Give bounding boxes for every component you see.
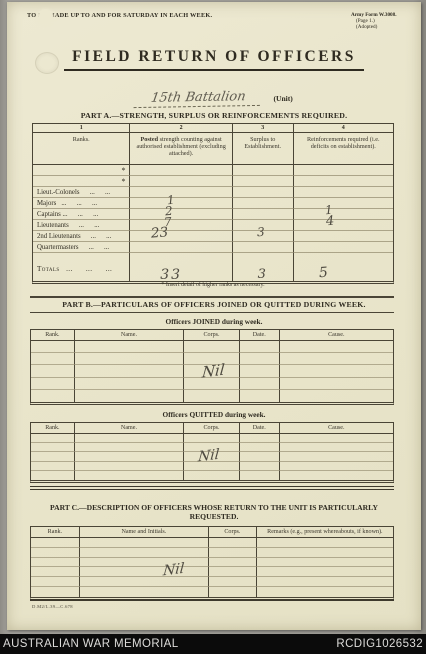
surplus-cell: 3 [233, 220, 294, 231]
handwritten-value: 33 [160, 270, 182, 280]
handwritten-nil: Nil [202, 366, 225, 377]
surplus-header: Surplus to Establishment. [233, 133, 294, 165]
table-row [31, 538, 393, 548]
table-row: Lieutenants ... ... 23 3 [33, 220, 393, 231]
officers-quitted-table: Rank. Name. Corps. Date. Cause. Nil [30, 422, 394, 483]
rank-label: Majors ... ... ... [33, 198, 130, 209]
higher-rank-blank-row: * [33, 165, 393, 176]
posted-cell: 7 [130, 209, 232, 220]
form-title: FIELD RETURN OF OFFICERS [7, 48, 421, 71]
part-b-heading: PART B.—PARTICULARS OF OFFICERS JOINED O… [7, 300, 421, 309]
part-c-table: Rank. Name and Initials. Corps. Remarks … [30, 526, 394, 600]
table-row: Quartermasters ... ... [33, 242, 393, 253]
table-row [31, 462, 393, 471]
section-rule [30, 296, 394, 298]
totals-row: Totals ... ... ... 33 3 5 [33, 261, 393, 281]
part-a-table: 1 2 3 4 Ranks. Posted strength counting … [32, 123, 394, 284]
reinforcements-header: Reinforcements required (i.e. deficits o… [294, 133, 393, 165]
archive-name: AUSTRALIAN WAR MEMORIAL [3, 638, 179, 650]
ranks-header: Ranks. [33, 133, 130, 165]
posted-cell: 2 [130, 198, 232, 209]
part-a-footnote: * Insert detail of higher ranks as neces… [32, 282, 394, 288]
table-row: Nil [31, 452, 393, 461]
table-row [31, 548, 393, 558]
officers-quitted-subheading: Officers QUITTED during week. [7, 410, 421, 419]
surplus-cell [233, 209, 294, 220]
table-row [31, 434, 393, 443]
officers-joined-subheading: Officers JOINED during week. [7, 317, 421, 326]
spacer-row [33, 253, 393, 261]
top-instruction: TO BE MADE UP TO AND FOR SATURDAY IN EAC… [27, 12, 212, 19]
totals-reinforcements-cell: 5 [294, 261, 393, 281]
table-row [31, 471, 393, 480]
scan-viewport: TO BE MADE UP TO AND FOR SATURDAY IN EAC… [0, 0, 426, 654]
reinforcements-cell [294, 187, 393, 198]
surplus-cell [233, 198, 294, 209]
rank-label: Captains ... ... ... [33, 209, 130, 220]
totals-surplus-cell: 3 [233, 261, 294, 281]
table-row [31, 378, 393, 390]
section-rule [30, 486, 394, 490]
surplus-cell [233, 187, 294, 198]
table-row [31, 390, 393, 402]
table-row [31, 558, 393, 568]
totals-posted-cell: 33 [130, 261, 232, 281]
unit-line: 15th Battalion (Unit) [7, 88, 421, 107]
part-c-heading: PART C.—DESCRIPTION OF OFFICERS WHOSE RE… [7, 503, 421, 521]
table-row: Majors ... ... ... 2 1 [33, 198, 393, 209]
archive-id: RCDIG1026532 [336, 638, 423, 650]
table-row [31, 587, 393, 597]
handwritten-nil: Nil [162, 565, 184, 576]
table-row: Nil [31, 567, 393, 577]
handwritten-nil: Nil [198, 451, 220, 462]
reinforcements-cell: 4 [294, 209, 393, 220]
officers-joined-table: Rank. Name. Corps. Date. Cause. Nil [30, 329, 394, 405]
table-row [31, 341, 393, 353]
table-row: Captains ... ... ... 7 4 [33, 209, 393, 220]
column-header-row: Rank. Name and Initials. Corps. Remarks … [31, 527, 393, 538]
rank-label: Lieut.-Colonels ... ... [33, 187, 130, 198]
handwritten-value: 3 [258, 270, 266, 280]
posted-strength-header: Posted strength counting against authori… [130, 133, 232, 165]
table-row: 2nd Lieutenants ... ... [33, 231, 393, 242]
reinforcements-cell [294, 220, 393, 231]
form-reference-note: (Adopted) [351, 24, 397, 30]
reinforcements-cell: 1 [294, 198, 393, 209]
form-page: TO BE MADE UP TO AND FOR SATURDAY IN EAC… [7, 2, 421, 630]
hole-punch [37, 9, 54, 24]
rank-label: Lieutenants ... ... [33, 220, 130, 231]
higher-rank-blank-row: * [33, 176, 393, 187]
posted-cell: 23 [130, 220, 232, 231]
table-row: Lieut.-Colonels ... ... 1 [33, 187, 393, 198]
handwritten-value: 5 [318, 268, 328, 279]
column-header-row: Rank. Name. Corps. Date. Cause. [31, 330, 393, 341]
part-a-heading: PART A.—STRENGTH, SURPLUS OR REINFORCEME… [7, 111, 421, 120]
column-number-row: 1 2 3 4 [33, 124, 393, 133]
rank-label: Quartermasters ... ... [33, 242, 130, 253]
column-header-row: Rank. Name. Corps. Date. Cause. [31, 423, 393, 434]
unit-label: (Unit) [273, 94, 292, 103]
unit-handwritten-value: 15th Battalion [134, 89, 263, 108]
table-row [31, 577, 393, 587]
page-bottom-rule [30, 599, 394, 601]
totals-label: Totals ... ... ... [33, 261, 130, 281]
section-rule [30, 312, 394, 313]
printer-mark: D.M2/L.39—C.678 [32, 604, 73, 609]
posted-cell: 1 [130, 187, 232, 198]
archive-footer-bar: AUSTRALIAN WAR MEMORIAL RCDIG1026532 [0, 634, 426, 654]
table-row: Nil [31, 365, 393, 377]
form-reference: Army Form W.3008. (Page 1.) (Adopted) [351, 12, 397, 30]
rank-label: 2nd Lieutenants ... ... [33, 231, 130, 242]
column-header-row: Ranks. Posted strength counting against … [33, 133, 393, 165]
